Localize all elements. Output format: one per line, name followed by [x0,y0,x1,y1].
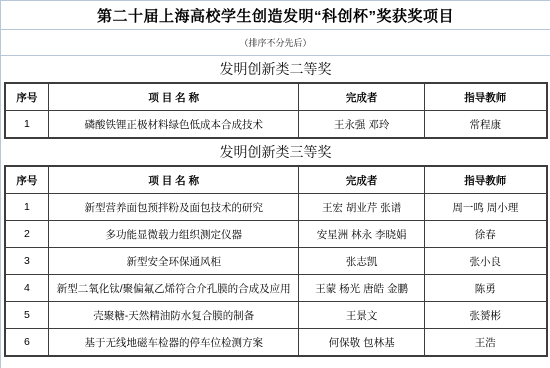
cell-project: 新型安全环保通风柜 [49,248,299,275]
cell-project: 磷酸铁锂正极材料绿色低成本合成技术 [49,111,299,139]
awards-document: 第二十届上海高校学生创造发明“科创杯”奖获奖项目 （排序不分先后） 发明创新类二… [0,0,550,368]
cell-project: 壳聚糖-天然精油防水复合膜的制备 [49,302,299,329]
col-header-project: 项 目 名 称 [49,166,299,194]
cell-advisors: 常程康 [425,111,547,139]
cell-no: 6 [5,329,49,357]
cell-project: 新型二氧化钛/聚偏氟乙烯符合介孔膜的合成及应用 [49,275,299,302]
table-row: 6 基于无线地磁车检器的停车位检测方案 何保敬 包林基 王浩 [5,329,547,357]
cell-advisors: 徐春 [425,221,547,248]
cell-advisors: 陈勇 [425,275,547,302]
table-row: 1 新型营养面包预拌粉及面包技术的研究 王宏 胡业芹 张谱 周一鸣 周小理 [5,194,547,221]
page-title: 第二十届上海高校学生创造发明“科创杯”奖获奖项目 [1,1,550,30]
cell-project: 多功能显微载力组织测定仪器 [49,221,299,248]
cell-no: 5 [5,302,49,329]
cell-advisors: 周一鸣 周小理 [425,194,547,221]
col-header-completers: 完成者 [299,166,425,194]
cell-completers: 安星洲 林永 李晓娟 [299,221,425,248]
cell-no: 4 [5,275,49,302]
section-heading-third-prize: 发明创新类三等奖 [1,139,550,165]
cell-completers: 张志凯 [299,248,425,275]
table-row: 4 新型二氧化钛/聚偏氟乙烯符合介孔膜的合成及应用 王蒙 杨光 唐皓 金鹏 陈勇 [5,275,547,302]
cell-project: 新型营养面包预拌粉及面包技术的研究 [49,194,299,221]
awards-table-third-prize: 序号 项 目 名 称 完成者 指导教师 1 新型营养面包预拌粉及面包技术的研究 … [4,165,548,357]
table-row: 5 壳聚糖-天然精油防水复合膜的制备 王景文 张赟彬 [5,302,547,329]
col-header-advisors: 指导教师 [425,83,547,111]
table-header-row: 序号 项 目 名 称 完成者 指导教师 [5,83,547,111]
section-heading-second-prize: 发明创新类二等奖 [1,56,550,82]
cell-advisors: 王浩 [425,329,547,357]
cell-project: 基于无线地磁车检器的停车位检测方案 [49,329,299,357]
cell-no: 3 [5,248,49,275]
col-header-no: 序号 [5,166,49,194]
col-header-completers: 完成者 [299,83,425,111]
table-row: 3 新型安全环保通风柜 张志凯 张小良 [5,248,547,275]
cell-completers: 何保敬 包林基 [299,329,425,357]
awards-table-second-prize: 序号 项 目 名 称 完成者 指导教师 1 磷酸铁锂正极材料绿色低成本合成技术 … [4,82,548,139]
cell-no: 2 [5,221,49,248]
table-header-row: 序号 项 目 名 称 完成者 指导教师 [5,166,547,194]
cell-completers: 王宏 胡业芹 张谱 [299,194,425,221]
col-header-project: 项 目 名 称 [49,83,299,111]
cell-no: 1 [5,194,49,221]
col-header-no: 序号 [5,83,49,111]
table-row: 1 磷酸铁锂正极材料绿色低成本合成技术 王永强 邓玲 常程康 [5,111,547,139]
sort-note: （排序不分先后） [1,30,550,56]
cell-advisors: 张赟彬 [425,302,547,329]
cell-completers: 王景文 [299,302,425,329]
table-row: 2 多功能显微载力组织测定仪器 安星洲 林永 李晓娟 徐春 [5,221,547,248]
cell-completers: 王蒙 杨光 唐皓 金鹏 [299,275,425,302]
cell-no: 1 [5,111,49,139]
cell-completers: 王永强 邓玲 [299,111,425,139]
col-header-advisors: 指导教师 [425,166,547,194]
cell-advisors: 张小良 [425,248,547,275]
